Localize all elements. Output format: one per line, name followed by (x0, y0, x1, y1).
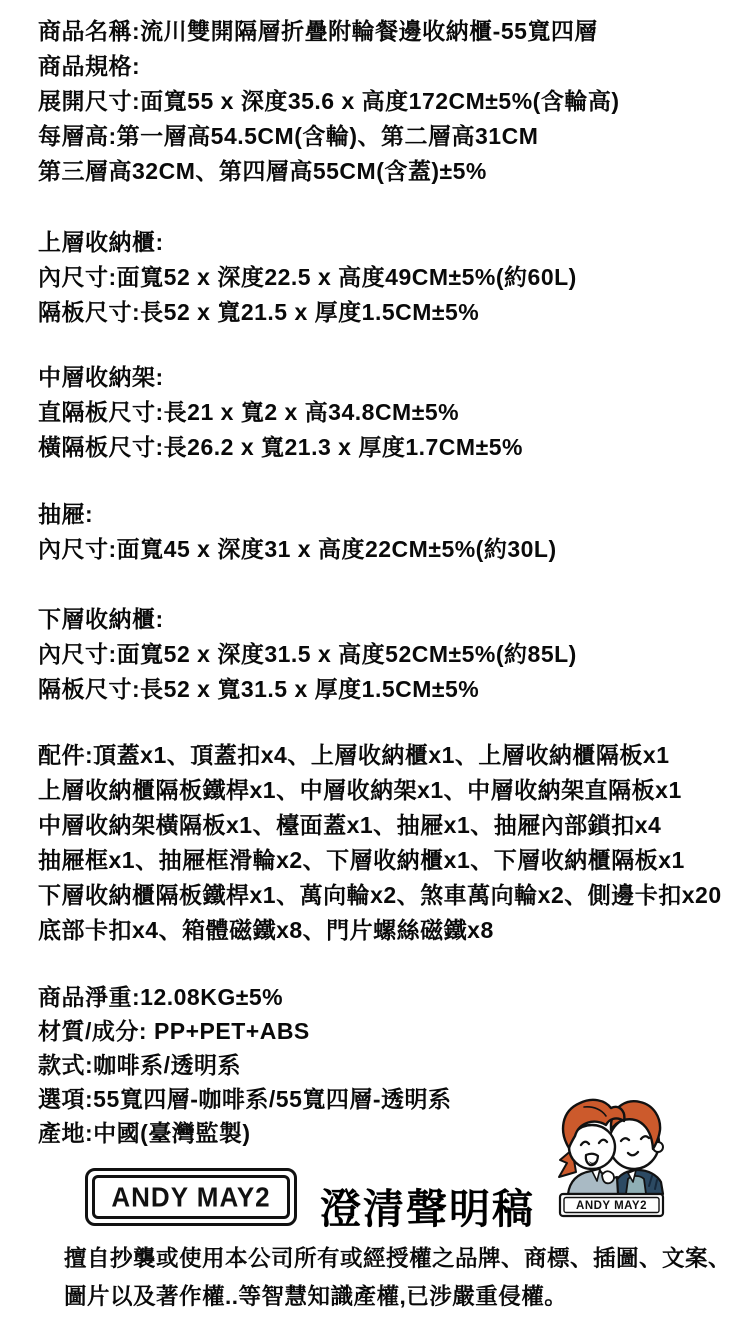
accessories-line: 底部卡扣x4、箱體磁鐵x8、門片螺絲磁鐵x8 (38, 913, 750, 948)
section-overview: 商品名稱:流川雙開隔層折疊附輪餐邊收納櫃-55寬四層 商品規格: 展開尺寸:面寬… (38, 14, 750, 189)
spec-line: 內尺寸:面寬45 x 深度31 x 高度22CM±5%(約30L) (38, 532, 750, 567)
disclaimer-line: 圖片以及著作權..等智慧知識產權,已涉嚴重侵權。 (64, 1278, 724, 1316)
mascot-badge-text: ANDY MAY2 (576, 1200, 647, 1212)
accessories-line: 中層收納架橫隔板x1、檯面蓋x1、抽屜x1、抽屜內部鎖扣x4 (38, 808, 750, 843)
section-middle-shelf: 中層收納架: 直隔板尺寸:長21 x 寬2 x 高34.8CM±5% 橫隔板尺寸… (38, 360, 750, 465)
brand-stamp-text: ANDY MAY2 (111, 1181, 270, 1214)
material-line: 材質/成分: PP+PET+ABS (38, 1014, 750, 1048)
section-title: 下層收納櫃: (38, 602, 750, 637)
mascot-man-shirt (626, 1176, 646, 1194)
brand-stamp-inner-border: ANDY MAY2 (92, 1175, 290, 1219)
disclaimer-block: 擅自抄襲或使用本公司所有或經授權之品牌、商標、插圖、文案、 圖片以及著作權..等… (64, 1240, 724, 1315)
accessories-line: 下層收納櫃隔板鐵桿x1、萬向輪x2、煞車萬向輪x2、側邊卡扣x20 (38, 878, 750, 913)
section-lower-cabinet: 下層收納櫃: 內尺寸:面寬52 x 深度31.5 x 高度52CM±5%(約85… (38, 602, 750, 707)
spec-text-block: 商品名稱:流川雙開隔層折疊附輪餐邊收納櫃-55寬四層 商品規格: 展開尺寸:面寬… (0, 0, 750, 1150)
section-title: 抽屜: (38, 497, 750, 532)
accessories-line: 配件:頂蓋x1、頂蓋扣x4、上層收納櫃x1、上層收納櫃隔板x1 (38, 738, 750, 773)
spec-line: 展開尺寸:面寬55 x 深度35.6 x 高度172CM±5%(含輪高) (38, 84, 750, 119)
brand-stamp: ANDY MAY2 (85, 1168, 297, 1226)
spec-line: 隔板尺寸:長52 x 寬31.5 x 厚度1.5CM±5% (38, 672, 750, 707)
spec-line: 橫隔板尺寸:長26.2 x 寬21.3 x 厚度1.7CM±5% (38, 430, 750, 465)
section-title: 上層收納櫃: (38, 225, 750, 260)
spec-line: 第三層高32CM、第四層高55CM(含蓋)±5% (38, 154, 750, 189)
section-upper-cabinet: 上層收納櫃: 內尺寸:面寬52 x 深度22.5 x 高度49CM±5%(約60… (38, 225, 750, 330)
net-weight-line: 商品淨重:12.08KG±5% (38, 980, 750, 1014)
statement-title: 澄清聲明稿 (320, 1176, 535, 1235)
product-spec-document: 商品名稱:流川雙開隔層折疊附輪餐邊收納櫃-55寬四層 商品規格: 展開尺寸:面寬… (0, 0, 750, 1330)
disclaimer-line: 擅自抄襲或使用本公司所有或經授權之品牌、商標、插圖、文案、 (64, 1240, 724, 1278)
style-line: 款式:咖啡系/透明系 (38, 1048, 750, 1082)
spec-line: 內尺寸:面寬52 x 深度31.5 x 高度52CM±5%(約85L) (38, 637, 750, 672)
spec-heading-line: 商品規格: (38, 49, 750, 84)
section-title: 中層收納架: (38, 360, 750, 395)
accessories-line: 抽屜框x1、抽屜框滑輪x2、下層收納櫃x1、下層收納櫃隔板x1 (38, 843, 750, 878)
spec-line: 隔板尺寸:長52 x 寬21.5 x 厚度1.5CM±5% (38, 295, 750, 330)
mascot-hand (602, 1171, 614, 1183)
spec-line: 每層高:第一層高54.5CM(含輪)、第二層高31CM (38, 119, 750, 154)
product-title-line: 商品名稱:流川雙開隔層折疊附輪餐邊收納櫃-55寬四層 (38, 14, 750, 49)
section-drawer: 抽屜: 內尺寸:面寬45 x 深度31 x 高度22CM±5%(約30L) (38, 497, 750, 567)
section-accessories: 配件:頂蓋x1、頂蓋扣x4、上層收納櫃x1、上層收納櫃隔板x1 上層收納櫃隔板鐵… (38, 738, 750, 948)
spec-line: 直隔板尺寸:長21 x 寬2 x 高34.8CM±5% (38, 395, 750, 430)
brand-mascot-illustration: ANDY MAY2 (556, 1094, 668, 1220)
accessories-line: 上層收納櫃隔板鐵桿x1、中層收納架x1、中層收納架直隔板x1 (38, 773, 750, 808)
spec-line: 內尺寸:面寬52 x 深度22.5 x 高度49CM±5%(約60L) (38, 260, 750, 295)
